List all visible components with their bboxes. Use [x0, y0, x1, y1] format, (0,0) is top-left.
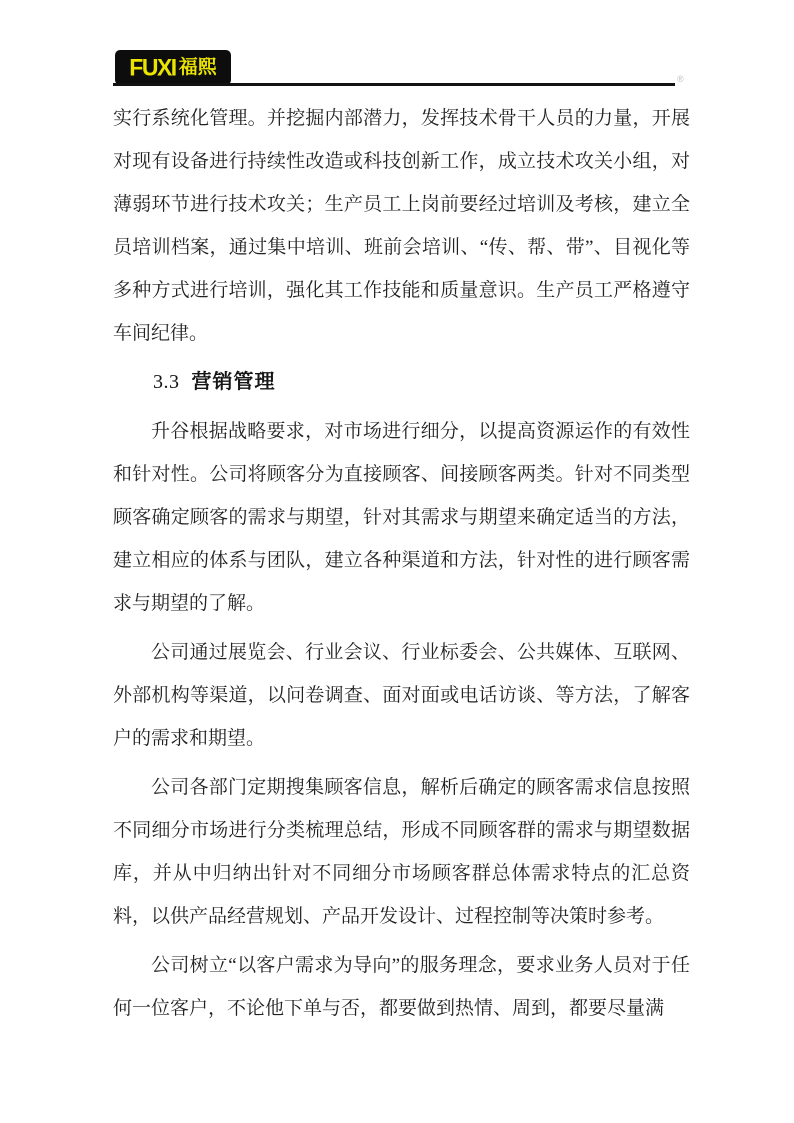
section-heading-3-3: 3.3 营销管理 [113, 361, 690, 404]
paragraph-customer-info-collection: 公司各部门定期搜集顾客信息，解析后确定的顾客需求信息按照不同细分市场进行分类梳理… [113, 766, 690, 938]
document-body: 实行系统化管理。并挖掘内部潜力，发挥技术骨干人员的力量，开展对现有设备进行持续性… [113, 97, 690, 1030]
header-divider-line [113, 83, 675, 86]
page-content: FUXI 福熙 ® 实行系统化管理。并挖掘内部潜力，发挥技术骨干人员的力量，开展… [113, 50, 690, 1036]
section-title: 营销管理 [192, 371, 276, 393]
registered-trademark-icon: ® [677, 74, 684, 84]
company-logo: FUXI 福熙 [115, 50, 231, 85]
page-header: FUXI 福熙 ® [113, 50, 690, 87]
logo-latin-text: FUXI [129, 55, 175, 79]
paragraph-customer-channels: 公司通过展览会、行业会议、行业标委会、公共媒体、互联网、外部机构等渠道，以问卷调… [113, 631, 690, 760]
section-number: 3.3 [153, 371, 180, 393]
paragraph-service-philosophy: 公司树立“以客户需求为导向”的服务理念，要求业务人员对于任何一位客户，不论他下单… [113, 944, 690, 1030]
paragraph-market-segmentation: 升谷根据战略要求，对市场进行细分，以提高资源运作的有效性和针对性。公司将顾客分为… [113, 410, 690, 625]
document-page: FUXI 福熙 ® 实行系统化管理。并挖掘内部潜力，发挥技术骨干人员的力量，开展… [0, 0, 794, 1123]
paragraph-production-management: 实行系统化管理。并挖掘内部潜力，发挥技术骨干人员的力量，开展对现有设备进行持续性… [113, 97, 690, 355]
logo-chinese-text: 福熙 [179, 58, 217, 77]
